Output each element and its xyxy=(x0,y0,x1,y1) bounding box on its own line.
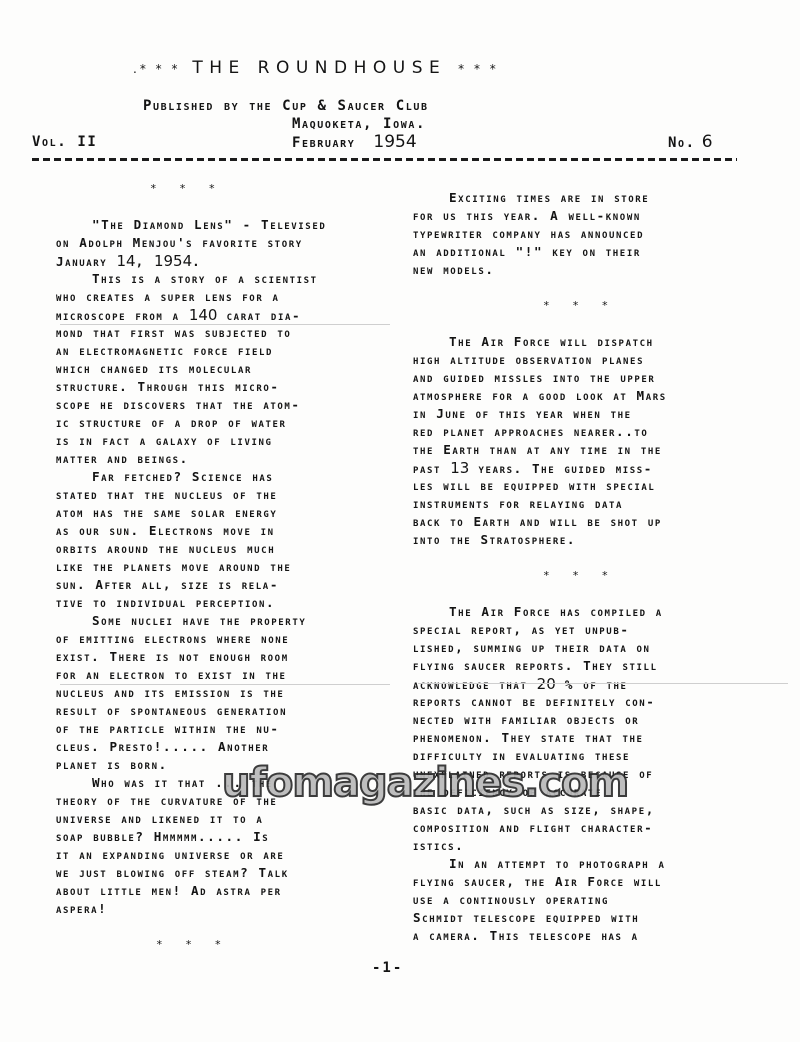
text-line: stated that the nucleus of the xyxy=(56,486,406,504)
text-line: a camera. This telescope has a xyxy=(413,927,783,945)
text-line: istics. xyxy=(413,837,783,855)
text-line: The Air Force has compiled a xyxy=(413,603,783,621)
text-line: exist. There is not enough room xyxy=(56,648,406,666)
text-line: nucleus and its emission is the xyxy=(56,684,406,702)
text-line: flying saucer reports. They still xyxy=(413,657,783,675)
masthead-title: .* * * THE ROUNDHOUSE * * * xyxy=(133,58,583,78)
text-line: nected with familiar objects or xyxy=(413,711,783,729)
text-line: an additional "!" key on their xyxy=(413,243,783,261)
issue-year: 1954 xyxy=(373,132,416,152)
text-line: atmosphere for a good look at Mars xyxy=(413,387,783,405)
section-separator: * * * xyxy=(413,297,783,315)
volume-label: Vol. II xyxy=(32,134,97,150)
text-line: matter and beings. xyxy=(56,450,406,468)
dashed-divider xyxy=(32,158,737,161)
issue-date: February1954 xyxy=(292,132,417,152)
newsletter-title: THE ROUNDHOUSE xyxy=(192,58,446,78)
masthead-stars-left: .* * * xyxy=(133,62,180,76)
text-line: as our sun. Electrons move in xyxy=(56,522,406,540)
text-line: special report, as yet unpub- xyxy=(413,621,783,639)
text-line: structure. Through this micro- xyxy=(56,378,406,396)
issue-month: February xyxy=(292,135,355,151)
text-line: like the planets move around the xyxy=(56,558,406,576)
section-separator: * * * xyxy=(56,936,406,954)
text-line: aspera! xyxy=(56,900,406,918)
text-line: and guided missles into the upper xyxy=(413,369,783,387)
section-separator: * * * xyxy=(56,180,406,198)
text-line: reports cannot be definitely con- xyxy=(413,693,783,711)
text-line: soap bubble? Hmmmmm..... Is xyxy=(56,828,406,846)
text-line: composition and flight character- xyxy=(413,819,783,837)
text-line: scope he discovers that the atom- xyxy=(56,396,406,414)
text-line: Schmidt telescope equipped with xyxy=(413,909,783,927)
text-line: into the Stratosphere. xyxy=(413,531,783,549)
text-line: for an electron to exist in the xyxy=(56,666,406,684)
text-line: an electromagnetic force field xyxy=(56,342,406,360)
text-line: is in fact a galaxy of living xyxy=(56,432,406,450)
text-line: "The Diamond Lens" - Televised xyxy=(56,216,406,234)
right-column: Exciting times are in storefor us this y… xyxy=(413,189,783,945)
text-line: back to Earth and will be shot up xyxy=(413,513,783,531)
text-line: past 13 years. The guided miss- xyxy=(413,459,783,477)
text-line: about little men! Ad astra per xyxy=(56,882,406,900)
issue-number-value: 6 xyxy=(702,132,713,152)
text-line: high altitude observation planes xyxy=(413,351,783,369)
text-line: for us this year. A well-known xyxy=(413,207,783,225)
text-line: result of spontaneous generation xyxy=(56,702,406,720)
text-line: typewriter company has announced xyxy=(413,225,783,243)
text-line: of the particle within the nu- xyxy=(56,720,406,738)
section-separator: * * * xyxy=(413,567,783,585)
masthead-stars-right: * * * xyxy=(458,62,499,76)
scan-line-artifact xyxy=(418,683,788,684)
text-line: flying saucer, the Air Force will xyxy=(413,873,783,891)
text-line: Exciting times are in store xyxy=(413,189,783,207)
text-line: orbits around the nucleus much xyxy=(56,540,406,558)
text-line: les will be equipped with special xyxy=(413,477,783,495)
text-line: tive to individual perception. xyxy=(56,594,406,612)
text-line: mond that first was subjected to xyxy=(56,324,406,342)
text-line: in June of this year when the xyxy=(413,405,783,423)
text-line: In an attempt to photograph a xyxy=(413,855,783,873)
text-line: sun. After all, size is rela- xyxy=(56,576,406,594)
scan-line-artifact xyxy=(60,324,390,325)
issue-number-label: No. xyxy=(668,135,696,151)
text-line: phenomenon. They state that the xyxy=(413,729,783,747)
text-line: Some nuclei have the property xyxy=(56,612,406,630)
publisher-line: Published by the Cup & Saucer Club xyxy=(143,98,429,114)
text-line: of emitting electrons where none xyxy=(56,630,406,648)
article-diamond-lens: "The Diamond Lens" - Televisedon Adolph … xyxy=(56,216,406,918)
article-mars-observation: The Air Force will dispatchhigh altitude… xyxy=(413,333,783,549)
issue-number: No.6 xyxy=(668,132,713,152)
text-line: This is a story of a scientist xyxy=(56,270,406,288)
text-line: ic structure of a drop of water xyxy=(56,414,406,432)
newsletter-page: .* * * THE ROUNDHOUSE * * * Published by… xyxy=(0,0,800,1042)
text-line: which changed its molecular xyxy=(56,360,406,378)
watermark: ufomagazines.com xyxy=(222,760,628,806)
text-line: lished, summing up their data on xyxy=(413,639,783,657)
text-line: use a continously operating xyxy=(413,891,783,909)
left-column: * * * "The Diamond Lens" - Televisedon A… xyxy=(56,180,406,954)
text-line: Far fetched? Science has xyxy=(56,468,406,486)
text-line: instruments for relaying data xyxy=(413,495,783,513)
text-line: January 14, 1954. xyxy=(56,252,406,270)
scan-line-artifact xyxy=(60,684,390,685)
text-line: red planet approaches nearer..to xyxy=(413,423,783,441)
text-line: cleus. Presto!..... Another xyxy=(56,738,406,756)
page-number: -1- xyxy=(372,960,403,976)
text-line: on Adolph Menjou's favorite story xyxy=(56,234,406,252)
text-line: atom has the same solar energy xyxy=(56,504,406,522)
text-line: it an expanding universe or are xyxy=(56,846,406,864)
text-line: universe and likened it to a xyxy=(56,810,406,828)
text-line: who creates a super lens for a xyxy=(56,288,406,306)
article-typewriter-key: Exciting times are in storefor us this y… xyxy=(413,189,783,279)
text-line: The Air Force will dispatch xyxy=(413,333,783,351)
text-line: new models. xyxy=(413,261,783,279)
text-line: microscope from a 140 carat dia- xyxy=(56,306,406,324)
text-line: we just blowing off steam? Talk xyxy=(56,864,406,882)
text-line: the Earth than at any time in the xyxy=(413,441,783,459)
location-line: Maquoketa, Iowa. xyxy=(292,116,426,132)
text-line: acknowledge that 20 % of the xyxy=(413,675,783,693)
